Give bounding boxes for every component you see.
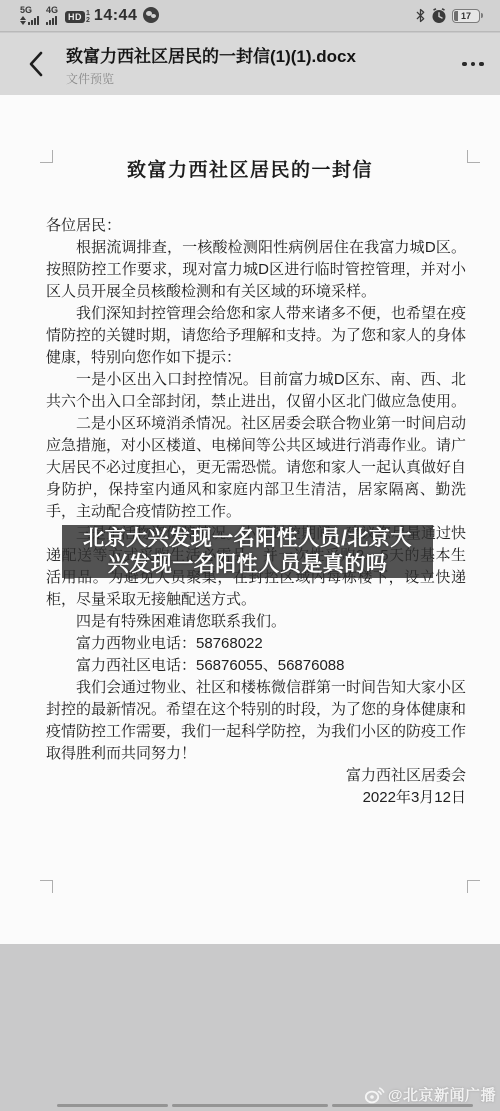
caption-line: 兴发现一名阳性人员是真的吗 (108, 552, 388, 578)
status-left-cluster: 5G 4G HD 1 2 (20, 6, 90, 25)
alarm-clock-icon (431, 8, 447, 24)
letter-paragraph: 四是有特殊困难请您联系我们。 (46, 611, 466, 633)
letter-paragraph: 一是小区出入口封控情况。目前富力城D区东、南、西、北共六个出入口全部封闭，禁止进… (46, 369, 466, 413)
hd-sim2-label: 2 (86, 17, 90, 24)
battery-icon: 17 (452, 9, 480, 23)
letter-paragraph: 我们会通过物业、社区和楼栋微信群第一时间告知大家小区封控的最新情况。希望在这个特… (46, 677, 466, 765)
progress-bar-segment (57, 1104, 168, 1107)
document-preview[interactable]: 致富力西社区居民的一封信 各位居民： 根据流调排查，一核酸检测阳性病例居住在我富… (0, 95, 500, 944)
contact-phone-line: 富力西物业电话：58768022 (46, 633, 466, 655)
bluetooth-icon (415, 8, 426, 23)
page-margin-mark (467, 880, 480, 893)
back-button[interactable] (14, 33, 58, 95)
watermark-handle: @北京新闻广播 (388, 1084, 496, 1105)
volte-hd-icon: HD 1 2 (65, 10, 90, 24)
hd-sim1-label: 1 (86, 10, 90, 17)
progress-bar-segment (172, 1104, 328, 1107)
signal-4g-icon: 4G (46, 6, 58, 25)
file-name-title: 致富力西社区居民的一封信(1)(1).docx (66, 42, 446, 67)
ellipsis-icon (462, 62, 467, 67)
weibo-watermark: @北京新闻广播 (363, 1084, 496, 1105)
letter-salutation: 各位居民： (46, 215, 466, 237)
letter-paragraph: 根据流调排查，一核酸检测阳性病例居住在我富力城D区。按照防控工作要求，现对富力城… (46, 237, 466, 303)
caption-line: 北京大兴发现一名阳性人员/北京大 (83, 526, 412, 552)
ellipsis-icon (471, 62, 476, 67)
letter-body: 各位居民： 根据流调排查，一核酸检测阳性病例居住在我富力城D区。按照防控工作要求… (46, 215, 466, 809)
header-title-block: 致富力西社区居民的一封信(1)(1).docx 文件预览 (58, 42, 446, 87)
letter-paragraph: 我们深知封控管理会给您和家人带来诸多不便，也希望在疫情防控的关键时期，请您给予理… (46, 303, 466, 369)
network-4g-label: 4G (46, 6, 58, 15)
clock-time: 14:44 (94, 7, 137, 25)
chevron-left-icon (29, 51, 43, 77)
letter-date: 2022年3月12日 (46, 787, 466, 809)
battery-fill (454, 11, 458, 21)
more-options-button[interactable] (446, 33, 500, 95)
contact-phone-line: 富力西社区电话：56876055、56876088 (46, 655, 466, 677)
battery-percent: 17 (461, 11, 471, 21)
wechat-icon (143, 7, 159, 23)
file-preview-header: 致富力西社区居民的一封信(1)(1).docx 文件预览 (0, 33, 500, 95)
status-bar: 5G 4G HD 1 2 14:44 (0, 0, 500, 32)
data-arrows-icon (20, 16, 26, 25)
hd-badge: HD (65, 11, 85, 23)
caption-overlay: 北京大兴发现一名阳性人员/北京大 兴发现一名阳性人员是真的吗 (62, 525, 433, 578)
weibo-eye-icon (363, 1086, 385, 1104)
ellipsis-icon (479, 62, 484, 67)
letter-paragraph: 二是小区环境消杀情况。社区居委会联合物业第一时间启动应急措施，对小区楼道、电梯间… (46, 413, 466, 523)
file-preview-label: 文件预览 (66, 70, 446, 87)
status-right-cluster: 17 (415, 8, 480, 24)
signal-5g-icon: 5G (20, 6, 39, 25)
page-margin-mark (40, 880, 53, 893)
letter-signature: 富力西社区居委会 (46, 765, 466, 787)
letter-title: 致富力西社区居民的一封信 (0, 155, 500, 182)
network-5g-label: 5G (20, 6, 32, 15)
